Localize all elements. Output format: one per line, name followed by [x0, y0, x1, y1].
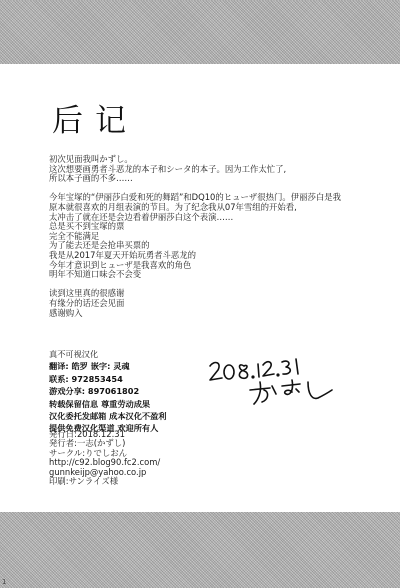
page-number: 1	[2, 578, 6, 586]
text-line: 有缘分的话还会见面	[49, 299, 341, 309]
notice-line: 转载保留信息 尊重劳动成果	[49, 398, 166, 410]
publication-info: 発行日:2018.12.31 発行者:一志(かずし) サークル:りでしおん ht…	[49, 430, 160, 486]
translation-credits: 真不可视汉化 翻译: 皓罗 嵌字: 灵魂 联系: 972853454 游戏分享:…	[49, 348, 166, 435]
contact-number: 联系: 972853454	[49, 373, 166, 385]
paragraph-thanks: 读到这里真的很感谢 有缘分的话还会见面 感谢购入	[49, 289, 341, 318]
printer: 印刷:サンライズ様	[49, 477, 160, 486]
text-line: 所以本子画的不多……	[49, 174, 341, 184]
game-share-number: 游戏分享: 897061802	[49, 385, 166, 397]
text-line: 感谢购入	[49, 309, 341, 319]
paragraph-story: 今年宝塚的“伊丽莎白爱和死的舞蹈”和DQ10的ヒューザ很热门。伊丽莎白是我 原本…	[49, 193, 341, 279]
translation-credit: 翻译: 皓罗 嵌字: 灵魂	[49, 360, 166, 372]
top-screentone-band	[0, 0, 400, 64]
paragraph-greeting: 初次见面我叫かずし。 这次想要画勇者斗恶龙的本子和シータ的本子。因为工作太忙了,…	[49, 155, 341, 184]
notice-line: 汉化委托发邮箱 成本汉化不盈利	[49, 410, 166, 422]
page-title: 后记	[52, 95, 138, 140]
handwritten-signature	[204, 356, 344, 408]
afterword-body: 初次见面我叫かずし。 这次想要画勇者斗恶龙的本子和シータ的本子。因为工作太忙了,…	[49, 155, 341, 328]
text-line: 明年不知道口味会不会变	[49, 270, 341, 280]
bottom-screentone-band: 1	[0, 512, 400, 588]
group-name: 真不可视汉化	[49, 348, 166, 360]
